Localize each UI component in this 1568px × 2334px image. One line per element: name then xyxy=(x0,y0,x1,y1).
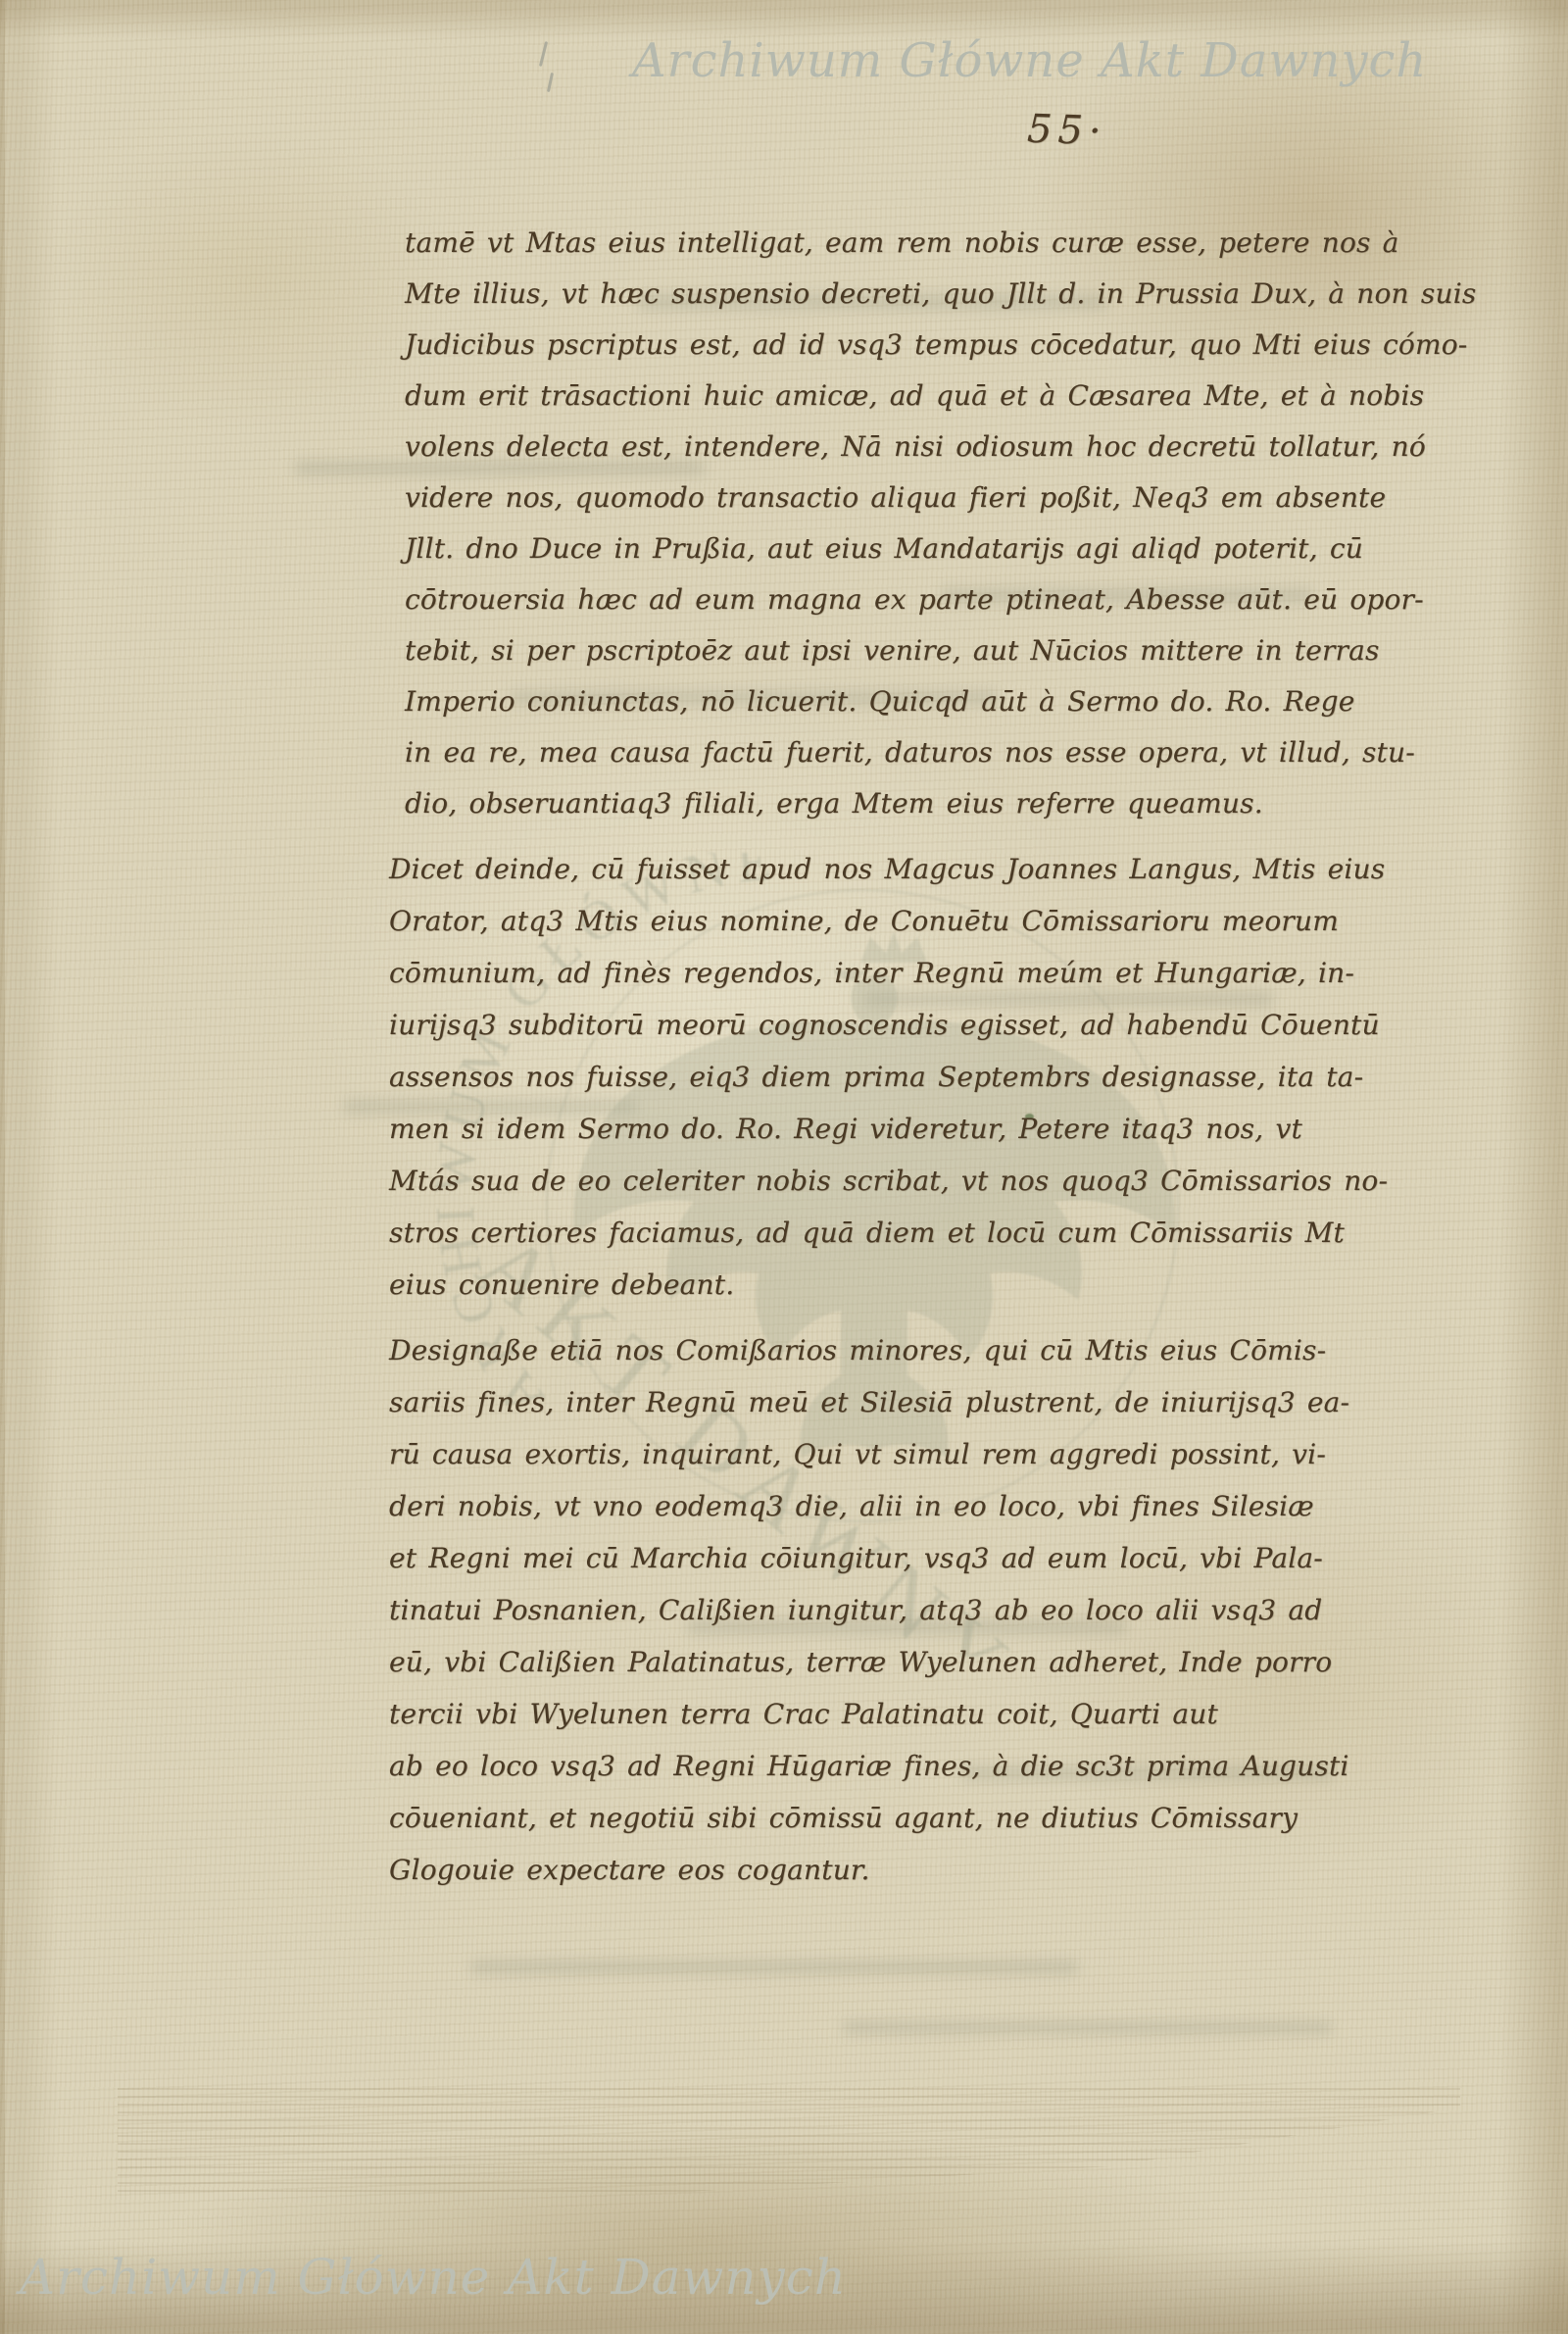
manuscript-line: tebit, si per pscriptoēz aut ipsi venire… xyxy=(405,625,1444,676)
manuscript-paragraph: Dicet deinde, cū fuisset apud nos Magcus… xyxy=(405,843,1444,1311)
manuscript-line: cōueniant, et negotiū sibi cōmissū agant… xyxy=(405,1792,1444,1844)
manuscript-paragraph: Designaße etiā nos Comißarios minores, q… xyxy=(405,1324,1444,1896)
manuscript-line: Judicibus pscriptus est, ad id vsq3 temp… xyxy=(405,320,1444,371)
manuscript-line: tamē vt Mtas eius intelligat, eam rem no… xyxy=(405,218,1444,269)
manuscript-line: et Regni mei cū Marchia cōiungitur, vsq3… xyxy=(405,1532,1444,1584)
manuscript-line: Mte illius, vt hæc suspensio decreti, qu… xyxy=(405,269,1444,320)
manuscript-line: volens delecta est, intendere, Nā nisi o… xyxy=(405,422,1444,472)
manuscript-line: in ea re, mea causa factū fuerit, daturo… xyxy=(405,727,1444,778)
scanned-archive-image: { "watermark": { "text": "Archiwum Główn… xyxy=(0,0,1568,2334)
manuscript-line: cōtrouersia hæc ad eum magna ex parte pt… xyxy=(405,574,1444,625)
manuscript-line: sariis fines, inter Regnū meū et Silesiā… xyxy=(405,1376,1444,1428)
manuscript-line: dum erit trāsactioni huic amicæ, ad quā … xyxy=(405,371,1444,422)
manuscript-line: rū causa exortis, inquirant, Qui vt simu… xyxy=(405,1428,1444,1480)
manuscript-line: dio, obseruantiaq3 filiali, erga Mtem ei… xyxy=(405,778,1444,829)
archive-watermark-top: Archiwum Główne Akt Dawnych xyxy=(632,33,1427,88)
folio-number: 55· xyxy=(1026,107,1107,155)
ink-bleedthrough xyxy=(470,1961,1078,1974)
manuscript-paragraph: tamē vt Mtas eius intelligat, eam rem no… xyxy=(405,218,1444,829)
manuscript-line: men si idem Sermo do. Ro. Regi videretur… xyxy=(405,1103,1444,1155)
manuscript-line: Dicet deinde, cū fuisset apud nos Magcus… xyxy=(405,843,1444,895)
manuscript-line: cōmunium, ad finès regendos, inter Regnū… xyxy=(405,947,1444,999)
manuscript-line: videre nos, quomodo transactio aliqua fi… xyxy=(405,472,1444,523)
manuscript-line: tercii vbi Wyelunen terra Crac Palatinat… xyxy=(405,1688,1444,1740)
manuscript-line: eius conuenire debeant. xyxy=(405,1259,1444,1311)
manuscript-line: stros certiores faciamus, ad quā diem et… xyxy=(405,1207,1444,1259)
manuscript-text: tamē vt Mtas eius intelligat, eam rem no… xyxy=(405,218,1444,1896)
manuscript-line: iurijsq3 subditorū meorū cognoscendis eg… xyxy=(405,999,1444,1051)
manuscript-line: Designaße etiā nos Comißarios minores, q… xyxy=(405,1324,1444,1376)
manuscript-line: ab eo loco vsq3 ad Regni Hūgariæ fines, … xyxy=(405,1740,1444,1792)
manuscript-line: deri nobis, vt vno eodemq3 die, alii in … xyxy=(405,1480,1444,1532)
manuscript-line: Orator, atq3 Mtis eius nomine, de Conuēt… xyxy=(405,895,1444,947)
archive-watermark-bottom: Archiwum Główne Akt Dawnych xyxy=(20,2249,847,2306)
manuscript-line: Glogouie expectare eos cogantur. xyxy=(405,1844,1444,1896)
manuscript-line: eū, vbi Calißien Palatinatus, terræ Wyel… xyxy=(405,1636,1444,1688)
manuscript-line: Jllt. dno Duce in Prußia, aut eius Manda… xyxy=(405,523,1444,574)
manuscript-line: Mtás sua de eo celeriter nobis scribat, … xyxy=(405,1155,1444,1207)
ink-bleedthrough xyxy=(843,2021,1333,2034)
manuscript-line: Imperio coniunctas, nō licuerit. Quicqd … xyxy=(405,676,1444,727)
manuscript-line: tinatui Posnanien, Calißien iungitur, at… xyxy=(405,1584,1444,1636)
manuscript-line: assensos nos fuisse, eiq3 diem prima Sep… xyxy=(405,1051,1444,1103)
